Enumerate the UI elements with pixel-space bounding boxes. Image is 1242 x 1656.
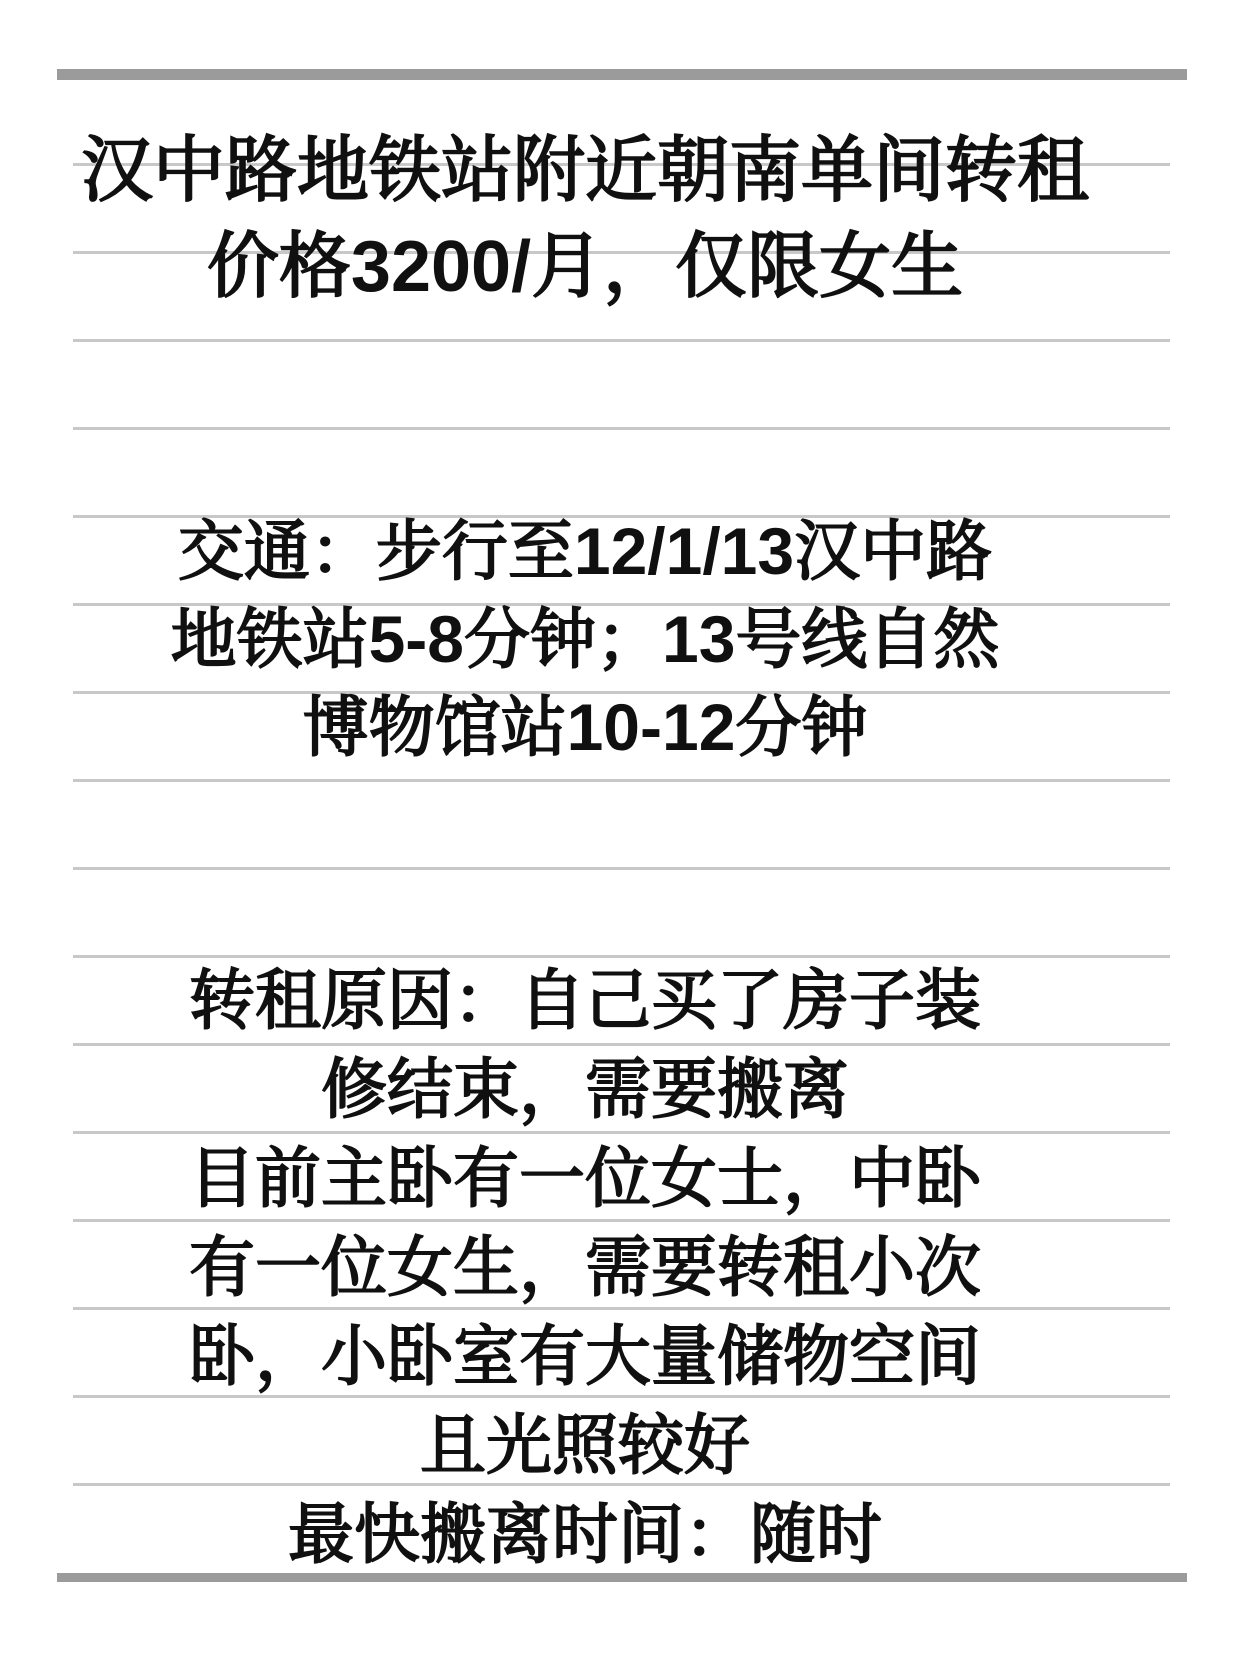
transport-info: 交通：步行至12/1/13汉中路 地铁站5-8分钟；13号线自然 博物馆站10-… [0,507,1170,771]
title-line: 汉中路地铁站附近朝南单间转租 [0,123,1170,219]
title-line: 价格3200/月，仅限女生 [0,219,1170,315]
detail-line: 有一位女生，需要转租小次 [0,1223,1170,1312]
transport-line: 地铁站5-8分钟；13号线自然 [0,595,1170,683]
detail-line: 转租原因：自己买了房子装 [0,956,1170,1045]
detail-line: 且光照较好 [0,1401,1170,1490]
transport-line: 博物馆站10-12分钟 [0,683,1170,771]
detail-line: 修结束，需要搬离 [0,1045,1170,1134]
transport-line: 交通：步行至12/1/13汉中路 [0,507,1170,595]
detail-line: 最快搬离时间：随时 [0,1490,1170,1579]
notice-title: 汉中路地铁站附近朝南单间转租 价格3200/月，仅限女生 [0,123,1170,315]
detail-line: 目前主卧有一位女士，中卧 [0,1134,1170,1223]
sublet-details: 转租原因：自己买了房子装 修结束，需要搬离 目前主卧有一位女士，中卧 有一位女生… [0,956,1170,1579]
detail-line: 卧，小卧室有大量储物空间 [0,1312,1170,1401]
top-divider-bar [57,69,1187,80]
bottom-divider-bar [57,1573,1187,1582]
notice-page: 汉中路地铁站附近朝南单间转租 价格3200/月，仅限女生 交通：步行至12/1/… [0,0,1242,1656]
